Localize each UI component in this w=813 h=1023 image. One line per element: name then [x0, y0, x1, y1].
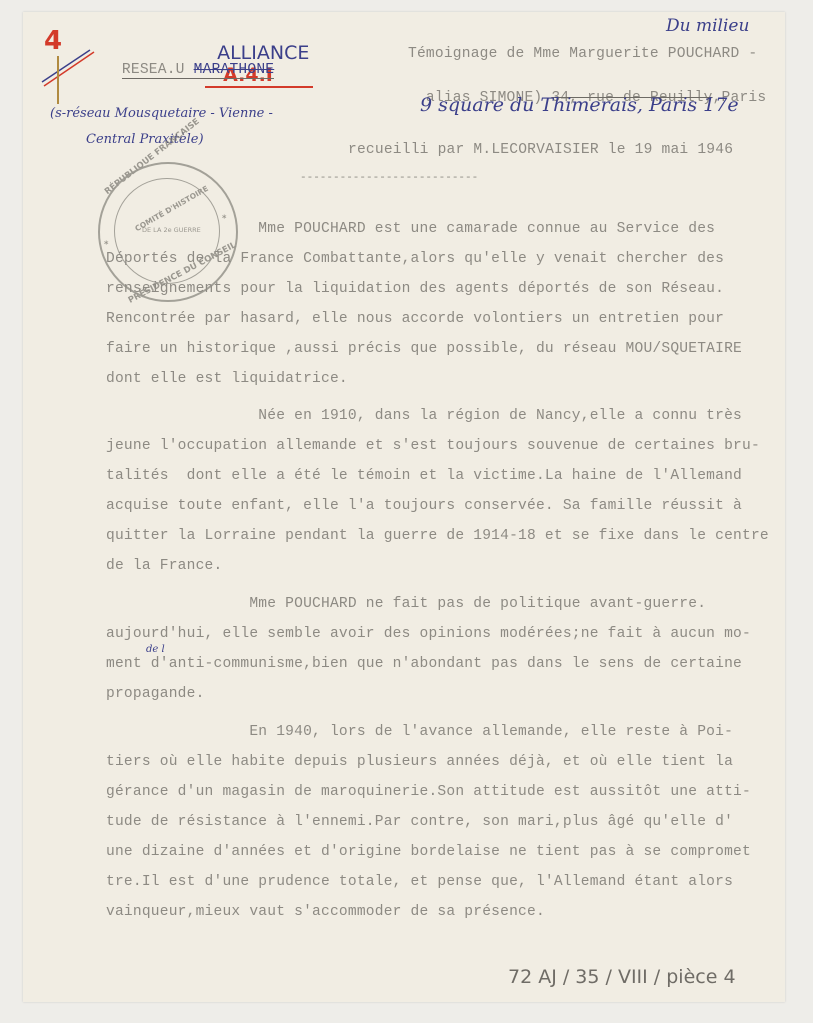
- sub-network-note-line-1: (s-réseau Mousquetaire - Vienne -: [50, 106, 273, 121]
- body-line: jeune l'occupation allemande et s'est to…: [106, 431, 769, 461]
- network-crossed-out: MARATHONE: [194, 62, 275, 78]
- interlinear-correction: de l: [146, 644, 165, 655]
- corner-slash-icon: [38, 46, 98, 106]
- body-line: gérance d'un magasin de maroquinerie.Son…: [106, 777, 769, 807]
- body-line: Déportés de la France Combattante,alors …: [106, 244, 769, 274]
- body-line: talités dont elle a été le témoin et la …: [106, 461, 769, 491]
- body-line: En 1940, lors de l'avance allemande, ell…: [106, 717, 769, 747]
- body-line: faire un historique ,aussi précis que po…: [106, 334, 769, 364]
- body-line: aujourd'hui, elle semble avoir des opini…: [106, 619, 769, 649]
- new-address-note: 9 square du Thimerais, Paris 17e: [420, 94, 739, 116]
- body-line: ment d'anti-communisme,bien que n'abonda…: [106, 649, 769, 679]
- du-milieu-note: Du milieu: [666, 16, 749, 36]
- body-line: de la France.: [106, 551, 769, 581]
- body-line: Mme POUCHARD ne fait pas de politique av…: [106, 589, 769, 619]
- archive-reference: 72 AJ / 35 / VIII / pièce 4: [508, 966, 736, 988]
- body-line: Née en 1910, dans la région de Nancy,ell…: [106, 401, 769, 431]
- body-line: tude de résistance à l'ennemi.Par contre…: [106, 807, 769, 837]
- body-line: Rencontrée par hasard, elle nous accorde…: [106, 304, 769, 334]
- body-line: tre.Il est d'une prudence totale, et pen…: [106, 867, 769, 897]
- network-name: RESEA.U: [122, 62, 185, 78]
- body-line: propagande.: [106, 679, 769, 709]
- separator-line: ---------------------------: [300, 172, 478, 184]
- title-line-1: Témoignage de Mme Marguerite POUCHARD -: [408, 46, 757, 62]
- body-line: quitter la Lorraine pendant la guerre de…: [106, 521, 769, 551]
- body-line: renseignements pour la liquidation des a…: [106, 274, 769, 304]
- body-line: tiers où elle habite depuis plusieurs an…: [106, 747, 769, 777]
- body-line: acquise toute enfant, elle l'a toujours …: [106, 491, 769, 521]
- body-text: Mme POUCHARD est une camarade connue au …: [106, 214, 769, 927]
- body-line: vainqueur,mieux vaut s'accommoder de sa …: [106, 897, 769, 927]
- collected-by-line: recueilli par M.LECORVAISIER le 19 mai 1…: [348, 142, 733, 158]
- network-label: RESEA.U MARATHONE: [104, 46, 274, 78]
- body-line: dont elle est liquidatrice.: [106, 364, 769, 394]
- body-line: Mme POUCHARD est une camarade connue au …: [106, 214, 769, 244]
- body-line: une dizaine d'années et d'origine bordel…: [106, 837, 769, 867]
